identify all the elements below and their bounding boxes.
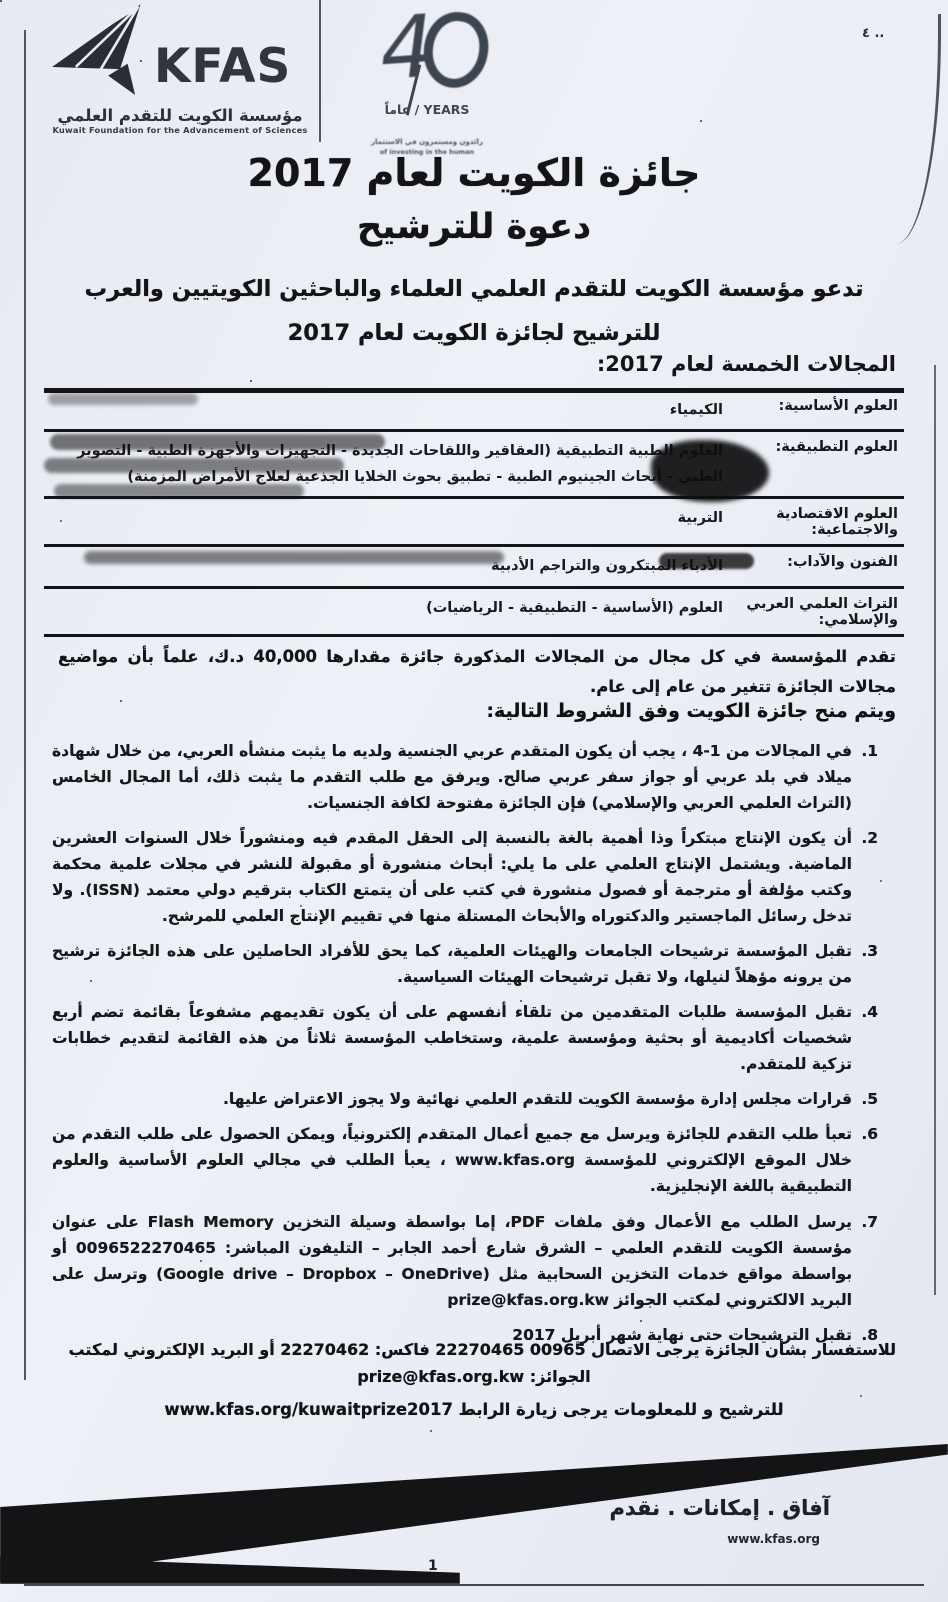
scan-edge-line-right xyxy=(934,365,936,1295)
condition-item-3: تقبل المؤسسة ترشيحات الجامعات والهيئات ا… xyxy=(52,938,856,990)
footer-wedge-graphic-lower xyxy=(0,1556,460,1584)
row-value: العلوم الطبية التطبيقية (العقاقير واللقا… xyxy=(48,439,723,490)
table-row-social-sciences: العلوم الاقتصادية والاجتماعية: التربية xyxy=(44,499,904,547)
invitation-line-2: للترشيح لجائزة الكويت لعام 2017 xyxy=(0,312,948,355)
contact-line-1: للاستفسار بشأن الجائزة يرجى الاتصال 0096… xyxy=(52,1336,896,1363)
row-label: التراث العلمي العربي والإسلامي: xyxy=(723,596,898,628)
kfas-name-arabic: مؤسسة الكويت للتقدم العلمي xyxy=(52,106,308,125)
footer-website: www.kfas.org xyxy=(727,1532,820,1546)
fields-section-heading: المجالات الخمسة لعام 2017: xyxy=(597,352,896,376)
scanned-document-page: ٤ .. KFAS مؤسسة الكويت للتقدم العلمي Kuw… xyxy=(0,0,948,1602)
kfas-sail-icon xyxy=(52,4,160,104)
kfas-40-years-logo: 4 عاماً / YEARS رائدون ومستمرون في الاست… xyxy=(352,2,502,157)
table-row-basic-sciences: العلوم الأساسية: الكيمياء xyxy=(44,391,904,432)
condition-item-5: قرارات مجلس إدارة مؤسسة الكويت للتقدم ال… xyxy=(52,1086,856,1112)
condition-item-7: يرسل الطلب مع الأعمال وفق ملفات PDF، إما… xyxy=(52,1209,856,1313)
condition-item-1: في المجالات من 1-4 ، يجب أن يكون المتقدم… xyxy=(52,738,856,816)
call-for-nomination-title: دعوة للترشيح xyxy=(0,201,948,254)
table-row-islamic-heritage: التراث العلمي العربي والإسلامي: العلوم (… xyxy=(44,589,904,637)
table-row-arts-letters: الفنون والآداب: الأدباء المبتكرون والترا… xyxy=(44,547,904,588)
footer-tagline: آفاق . إمكانات . نقدم xyxy=(610,1496,831,1520)
conditions-list: في المجالات من 1-4 ، يجب أن يكون المتقدم… xyxy=(52,738,890,1357)
row-value: التربية xyxy=(48,506,723,531)
condition-item-2: أن يكون الإنتاج مبتكراً وذا أهمية بالغة … xyxy=(52,825,856,929)
page-number: 1 xyxy=(428,1558,438,1574)
logo-divider-line xyxy=(319,0,321,142)
conditions-heading: ويتم منح جائزة الكويت وفق الشروط التالية… xyxy=(486,700,896,722)
prize-amount-note: تقدم المؤسسة في كل مجال من المجالات المذ… xyxy=(58,642,896,701)
footer-border-line xyxy=(24,1584,924,1586)
row-value: الكيمياء xyxy=(48,398,723,423)
handwritten-corner-mark: ٤ .. xyxy=(862,26,884,41)
contact-line-2: الجوائز: prize@kfas.org.kw xyxy=(52,1363,896,1390)
kfas-acronym-text: KFAS xyxy=(154,43,291,90)
row-value: الأدباء المبتكرون والتراجم الأدبية xyxy=(48,554,723,579)
contact-block: للاستفسار بشأن الجائزة يرجى الاتصال 0096… xyxy=(52,1336,896,1390)
footer: آفاق . إمكانات . نقدم www.kfas.org 1 xyxy=(0,1438,948,1588)
kfas-logo: KFAS مؤسسة الكويت للتقدم العلمي Kuwait F… xyxy=(52,4,308,135)
row-value: العلوم (الأساسية - التطبيقية - الرياضيات… xyxy=(48,596,723,621)
scan-noise-specks xyxy=(0,0,2,2)
condition-item-6: تعبأ طلب التقدم للجائزة ويرسل مع جميع أع… xyxy=(52,1121,856,1199)
forty-years-label: عاماً / YEARS xyxy=(352,102,502,117)
numeral-40-icon: 4 xyxy=(352,2,502,88)
nomination-link-line: للترشيح و للمعلومات يرجى زيارة الرابط ww… xyxy=(0,1400,948,1419)
prize-title: جائزة الكويت لعام 2017 xyxy=(0,146,948,201)
invitation-line-1: تدعو مؤسسة الكويت للتقدم العلمي العلماء … xyxy=(0,268,948,311)
fields-table: العلوم الأساسية: الكيمياء العلوم التطبيق… xyxy=(44,388,904,637)
row-label: الفنون والآداب: xyxy=(723,554,898,570)
kfas-name-english: Kuwait Foundation for the Advancement of… xyxy=(52,125,308,135)
condition-item-4: تقبل المؤسسة طلبات المتقدمين من تلقاء أن… xyxy=(52,999,856,1077)
row-label: العلوم التطبيقية: xyxy=(723,439,898,455)
table-row-applied-sciences: العلوم التطبيقية: العلوم الطبية التطبيقي… xyxy=(44,432,904,499)
title-block: جائزة الكويت لعام 2017 دعوة للترشيح تدعو… xyxy=(0,146,948,355)
row-label: العلوم الاقتصادية والاجتماعية: xyxy=(723,506,898,538)
row-label: العلوم الأساسية: xyxy=(723,398,898,414)
